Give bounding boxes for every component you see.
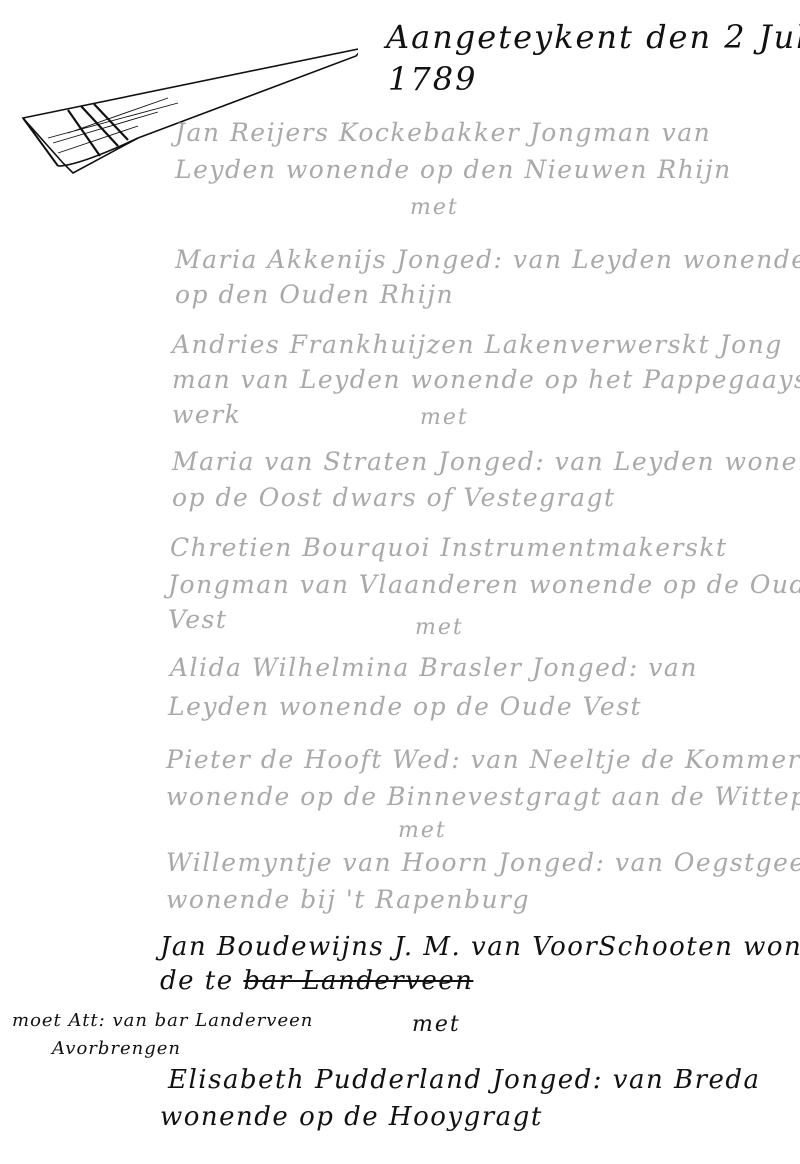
entry-5-groom-struck-text: bar Landerveen	[243, 966, 473, 996]
entry-1-bride-line-1: Maria Akkenijs Jonged: van Leyden wonend…	[175, 245, 800, 274]
entry-2-connector: met	[420, 405, 469, 430]
margin-note-line-1: moet Att: van bar Landerveen	[12, 1010, 313, 1031]
margin-note-line-2: Avorbrengen	[52, 1038, 181, 1059]
entry-2-bride-line-1: Maria van Straten Jonged: van Leyden won…	[172, 447, 800, 476]
entry-3-groom-line-2: Jongman van Vlaanderen wonende op de Oud…	[168, 570, 800, 599]
entry-1-groom-line-1: Jan Reijers Kockebakker Jongman van	[175, 118, 711, 147]
entry-2-groom-line-2: man van Leyden wonende op het Pappegaays…	[172, 365, 800, 394]
header-year: 1789	[388, 60, 477, 98]
entry-3-bride-line-2: Leyden wonende op de Oude Vest	[168, 692, 642, 721]
entry-4-connector: met	[398, 818, 447, 843]
entry-5-bride-line-1: Elisabeth Pudderland Jonged: van Breda	[168, 1065, 761, 1095]
header-title: Aangeteykent den 2 July	[386, 18, 800, 56]
entry-1-groom-line-2: Leyden wonende op den Nieuwen Rhijn	[175, 155, 732, 184]
entry-5-connector: met	[412, 1012, 461, 1037]
entry-2-groom-line-3: werk	[172, 400, 241, 429]
entry-3-connector: met	[415, 615, 464, 640]
register-page: Aangeteykent den 2 July 1789 Jan Reijers…	[0, 0, 800, 1164]
entry-2-groom-line-1: Andries Frankhuijzen Lakenverwerskt Jong	[172, 330, 783, 359]
entry-4-bride-line-2: wonende bij 't Rapenburg	[166, 885, 530, 914]
entry-4-groom-line-2: wonende op de Binnevestgragt aan de Witt…	[166, 782, 800, 811]
entry-5-groom-line-2: de te bar Landerveen	[160, 966, 473, 996]
entry-3-bride-line-1: Alida Wilhelmina Brasler Jonged: van	[170, 653, 698, 682]
entry-3-groom-line-3: Vest	[168, 605, 227, 634]
entry-5-groom-line-1: Jan Boudewijns J. M. van VoorSchooten wo…	[160, 932, 800, 962]
entry-4-bride-line-1: Willemyntje van Hoorn Jonged: van Oegstg…	[166, 848, 800, 877]
entry-5-bride-line-2: wonende op de Hooygragt	[160, 1102, 543, 1132]
entry-2-bride-line-2: op de Oost dwars of Vestegragt	[172, 483, 616, 512]
entry-5-groom-line-2-text: de te	[160, 966, 243, 996]
entry-1-bride-line-2: op den Ouden Rhijn	[175, 280, 454, 309]
entry-4-groom-line-1: Pieter de Hooft Wed: van Neeltje de Komm…	[166, 745, 800, 774]
entry-1-connector: met	[410, 195, 459, 220]
entry-3-groom-line-1: Chretien Bourquoi Instrumentmakerskt	[170, 533, 728, 562]
